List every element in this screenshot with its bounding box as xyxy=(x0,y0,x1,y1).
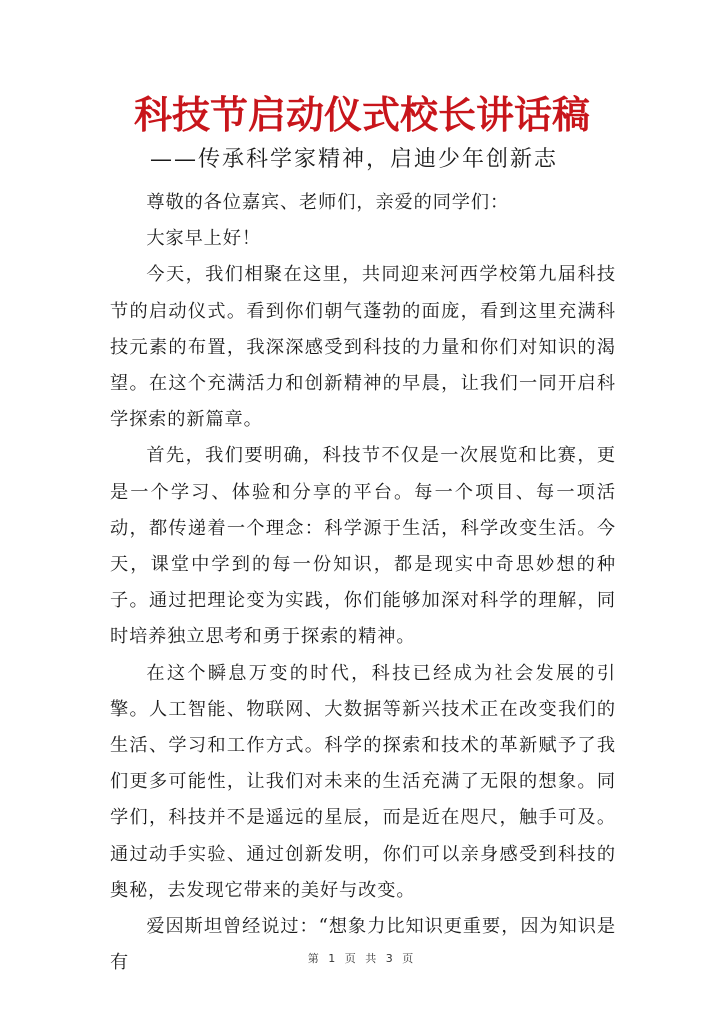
document-body: 尊敬的各位嘉宾、老师们，亲爱的同学们： 大家早上好！ 今天，我们相聚在这里，共同… xyxy=(110,185,616,981)
paragraph: 爱因斯坦曾经说过：“想象力比知识更重要，因为知识是有 xyxy=(110,909,616,981)
document-subtitle: ——传承科学家精神，启迪少年创新志 xyxy=(150,143,558,177)
paragraph-salutation: 尊敬的各位嘉宾、老师们，亲爱的同学们： xyxy=(110,185,616,221)
page-number: 第 1 页 共 3 页 xyxy=(0,950,724,966)
paragraph-greeting: 大家早上好！ xyxy=(110,221,616,257)
document-title: 科技节启动仪式校长讲话稿 xyxy=(0,90,724,140)
paragraph: 在这个瞬息万变的时代，科技已经成为社会发展的引擎。人工智能、物联网、大数据等新兴… xyxy=(110,656,616,909)
paragraph: 首先，我们要明确，科技节不仅是一次展览和比赛，更是一个学习、体验和分享的平台。每… xyxy=(110,438,616,655)
paragraph: 今天，我们相聚在这里，共同迎来河西学校第九届科技节的启动仪式。看到你们朝气蓬勃的… xyxy=(110,257,616,438)
